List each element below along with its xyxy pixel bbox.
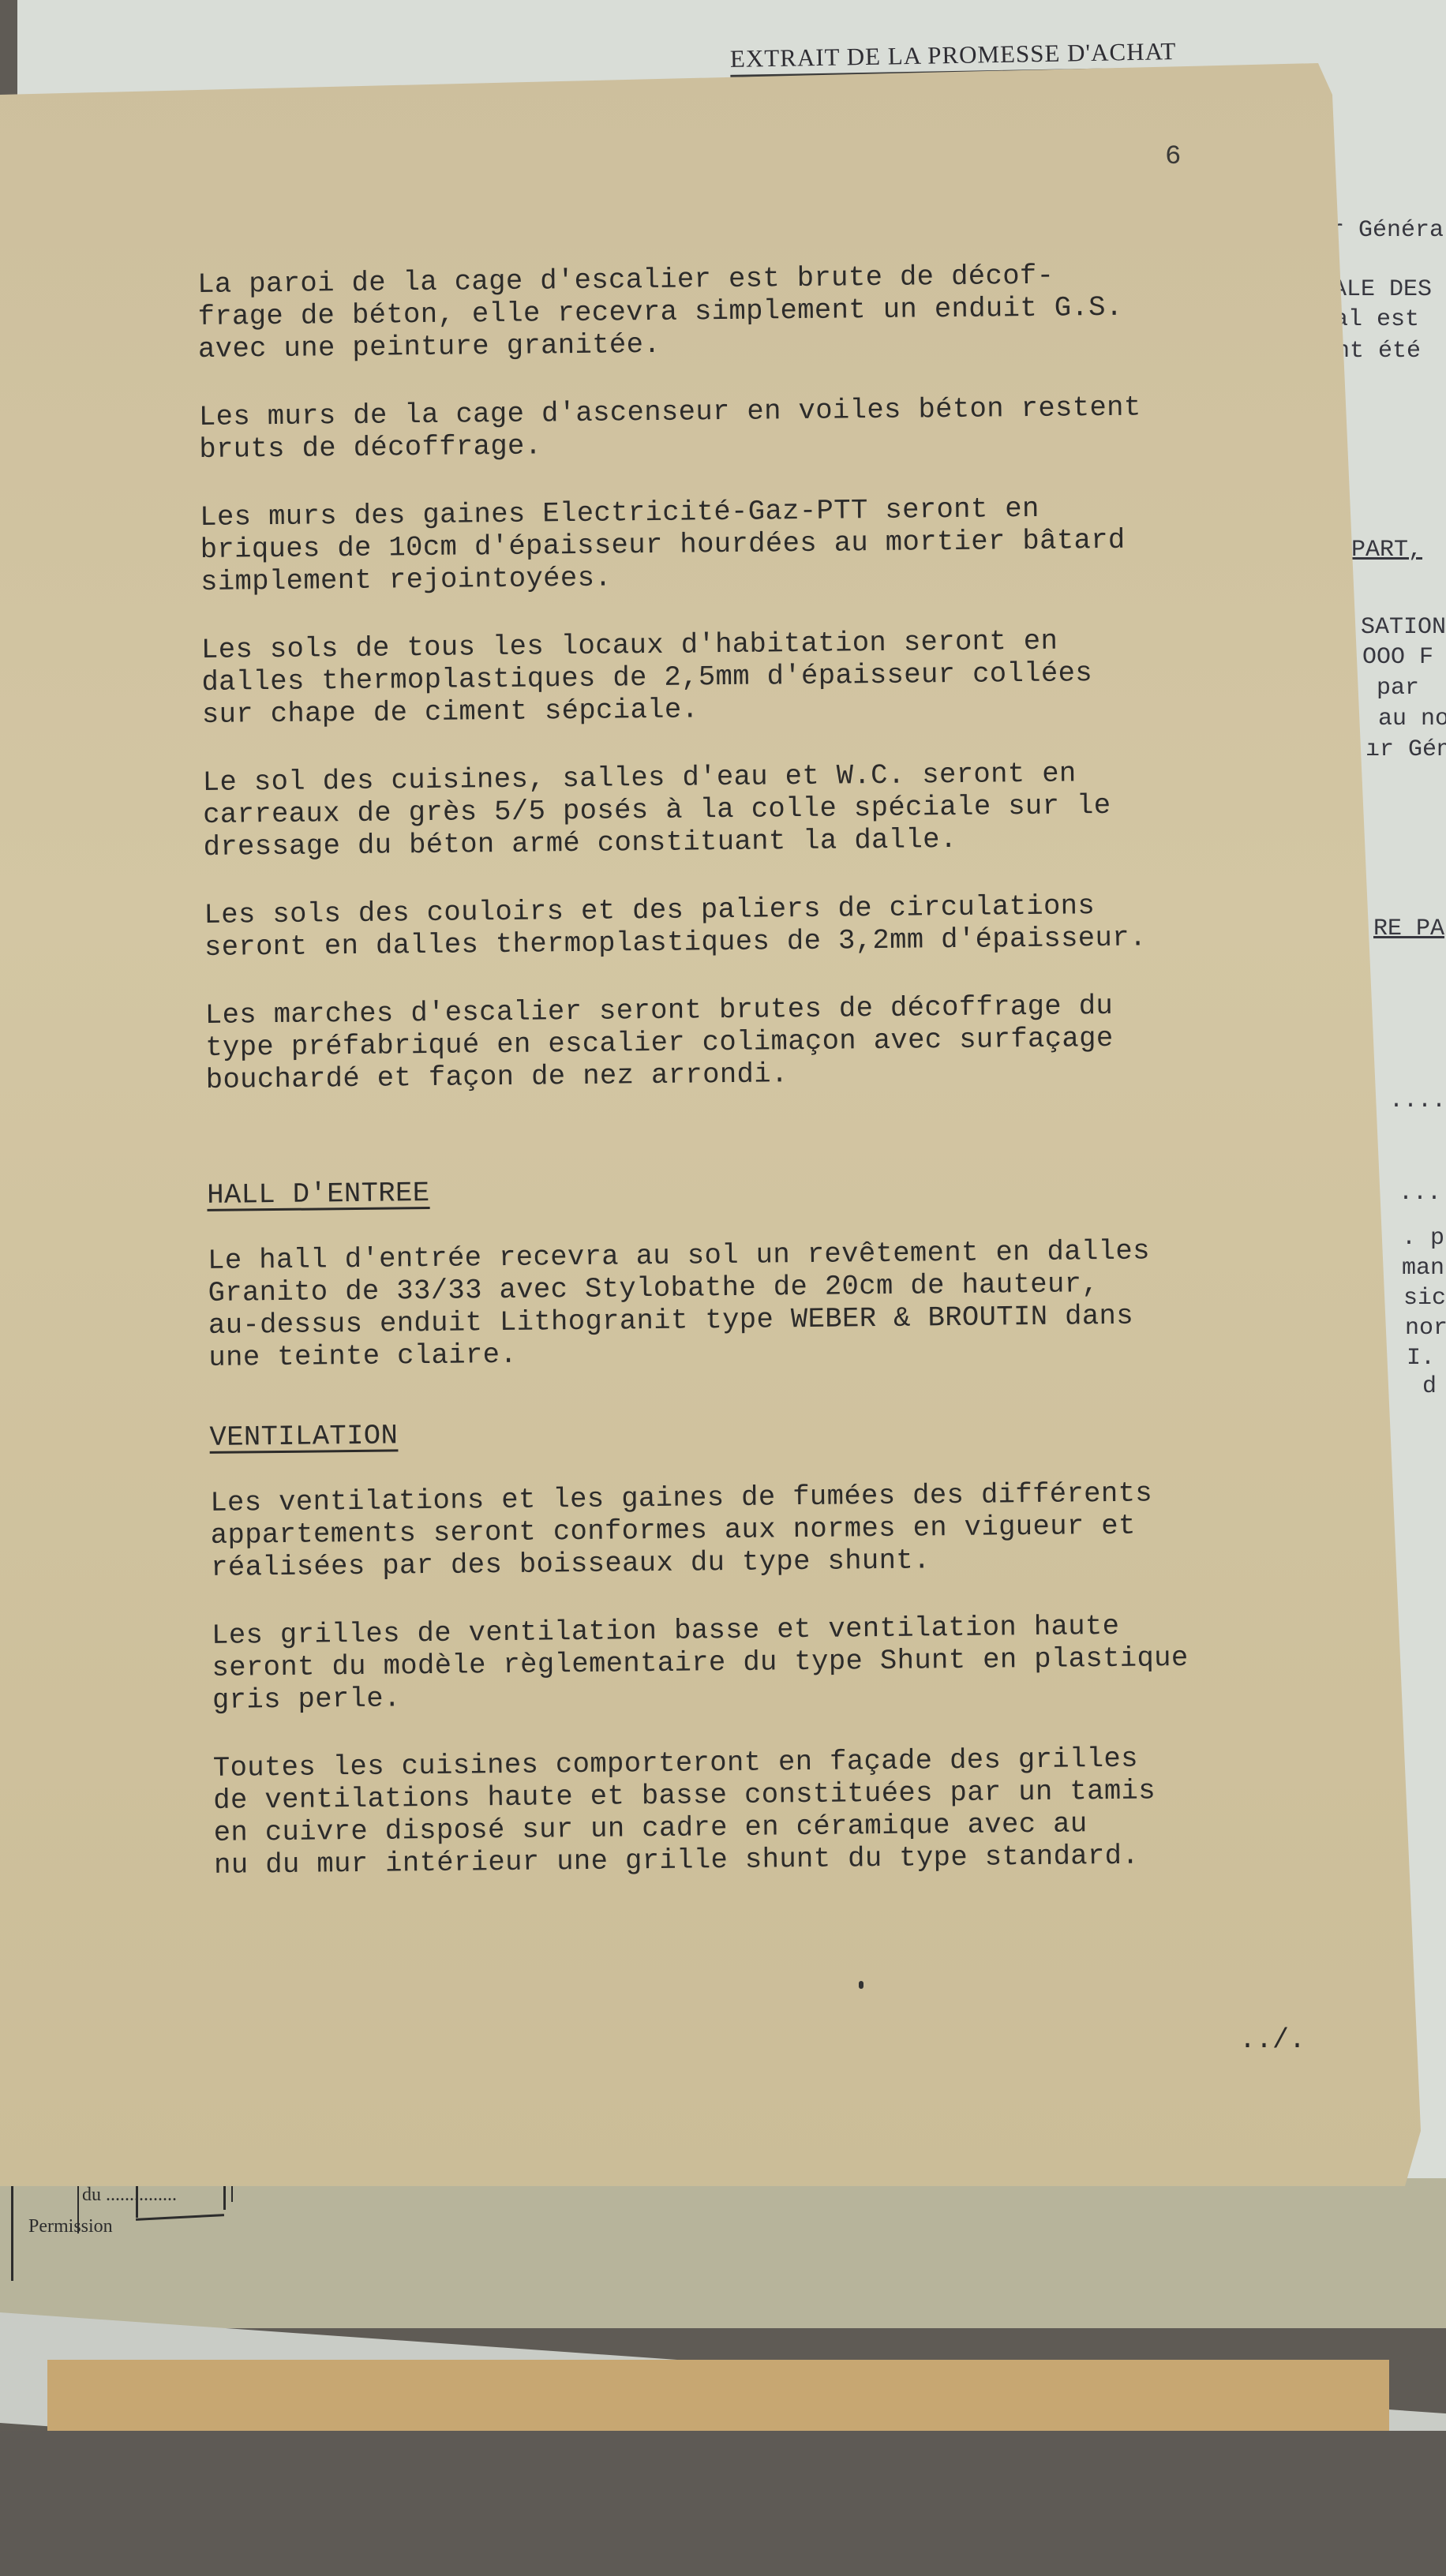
paragraph: Le hall d'entrée recevra au sol un revêt… [208, 1232, 1409, 1374]
back-fragment: ... [1399, 1180, 1441, 1207]
ink-speck [859, 1981, 863, 1989]
paragraph: Les sols des couloirs et des paliers de … [204, 886, 1404, 964]
back-fragment: PART, [1351, 537, 1422, 563]
back-fragment: ır Gén [1365, 736, 1446, 763]
back-fragment: d [1408, 1373, 1437, 1400]
page-number: 6 [1165, 142, 1181, 172]
back-fragment: SATION [1361, 614, 1446, 641]
section-heading-ventilation: VENTILATION [209, 1419, 398, 1453]
back-fragment: man [1402, 1255, 1444, 1282]
back-fragment: nor [1405, 1315, 1446, 1342]
back-fragment: OOO F [1362, 644, 1433, 671]
paragraph: Le sol des cuisines, salles d'eau et W.C… [203, 754, 1403, 863]
paragraph: Les sols de tous les locaux d'habitation… [201, 621, 1402, 731]
back-fragment: par [1362, 675, 1419, 702]
section-heading-hall-entree: HALL D'ENTREE [207, 1177, 430, 1211]
continuation-mark: ../. [1239, 2024, 1306, 2056]
paragraph: Les ventilations et les gaines de fumées… [210, 1474, 1410, 1584]
back-fragment: ALE DES [1332, 276, 1432, 303]
paragraph: Les murs de la cage d'ascenseur en voile… [199, 388, 1399, 466]
form-field-du: du ............... [82, 2185, 177, 2206]
back-fragment: .... [1389, 1088, 1446, 1114]
back-fragment: . p [1402, 1225, 1444, 1252]
desk-surface [0, 2431, 1446, 2576]
back-fragment: nt été [1335, 338, 1421, 365]
paragraph: Les grilles de ventilation basse et vent… [212, 1607, 1412, 1717]
back-fragment: RE PA [1373, 915, 1444, 942]
back-fragment: sic [1403, 1285, 1446, 1312]
back-fragment: al est [1334, 306, 1419, 333]
paragraph: Les murs des gaines Electricité-Gaz-PTT … [200, 489, 1400, 598]
back-fragment: r Généra [1330, 217, 1444, 244]
form-label-permission: Permission [28, 2216, 113, 2237]
page-body: La paroi de la cage d'escalier est brute… [197, 256, 1414, 1917]
form-box-bottom [136, 2214, 224, 2221]
lower-form-sheet: Permission du ............... [0, 2178, 1446, 2328]
back-fragment: au no [1364, 706, 1446, 732]
typed-page: 6 La paroi de la cage d'escalier est bru… [0, 63, 1421, 2186]
paragraph: La paroi de la cage d'escalier est brute… [197, 256, 1398, 365]
paragraph: Toutes les cuisines comporteront en faça… [213, 1739, 1414, 1881]
paragraph: Les marches d'escalier seront brutes de … [205, 987, 1406, 1096]
back-fragment: I. [1407, 1345, 1435, 1372]
form-rule [11, 2186, 13, 2281]
